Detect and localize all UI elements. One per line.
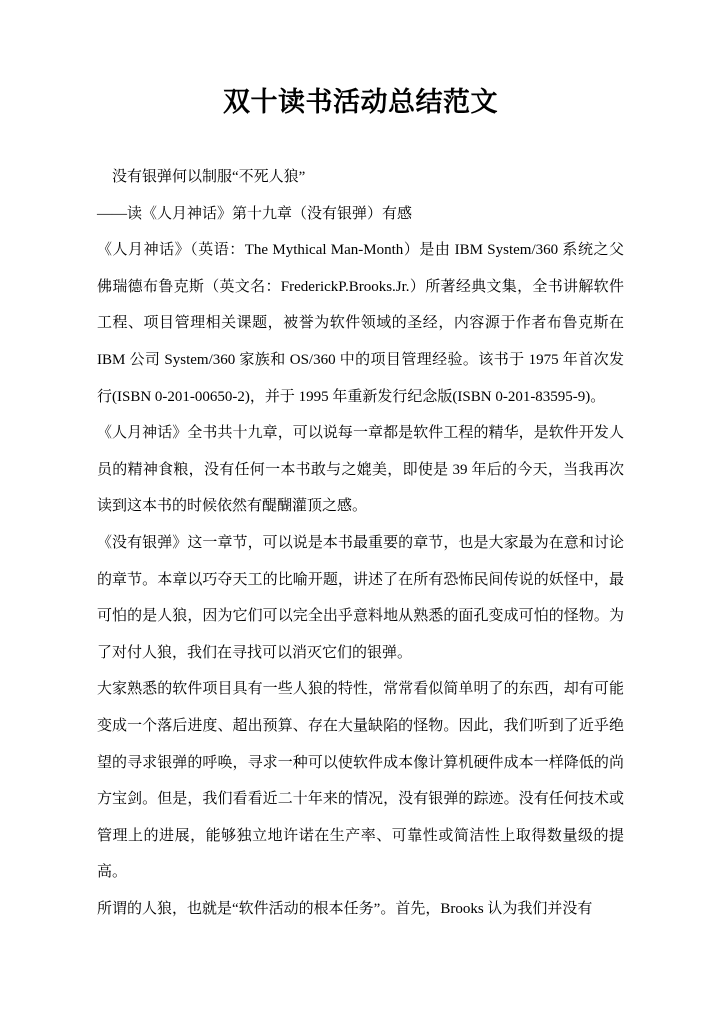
paragraph-book-praise: 《人月神话》全书共十九章，可以说每一章都是软件工程的精华，是软件开发人员的精神食… xyxy=(97,415,624,525)
document-body: 没有银弹何以制服“不死人狼” ——读《人月神话》第十九章（没有银弹）有感 《人月… xyxy=(97,159,624,927)
document-page: 双十读书活动总结范文 没有银弹何以制服“不死人狼” ——读《人月神话》第十九章（… xyxy=(0,0,721,1020)
paragraph-subtitle: 没有银弹何以制服“不死人狼” xyxy=(97,159,624,196)
document-title: 双十读书活动总结范文 xyxy=(0,0,721,120)
paragraph-chapter-summary: 《没有银弹》这一章节，可以说是本书最重要的章节，也是大家最为在意和讨论的章节。本… xyxy=(97,525,624,671)
paragraph-book-introduction: 《人月神话》（英语：The Mythical Man-Month）是由 IBM … xyxy=(97,232,624,415)
paragraph-werewolf-traits: 大家熟悉的软件项目具有一些人狼的特性，常常看似简单明了的东西，却有可能变成一个落… xyxy=(97,671,624,891)
paragraph-attribution: ——读《人月神话》第十九章（没有银弹）有感 xyxy=(97,196,624,233)
paragraph-root-task: 所谓的人狼，也就是“软件活动的根本任务”。首先，Brooks 认为我们并没有 xyxy=(97,891,624,928)
